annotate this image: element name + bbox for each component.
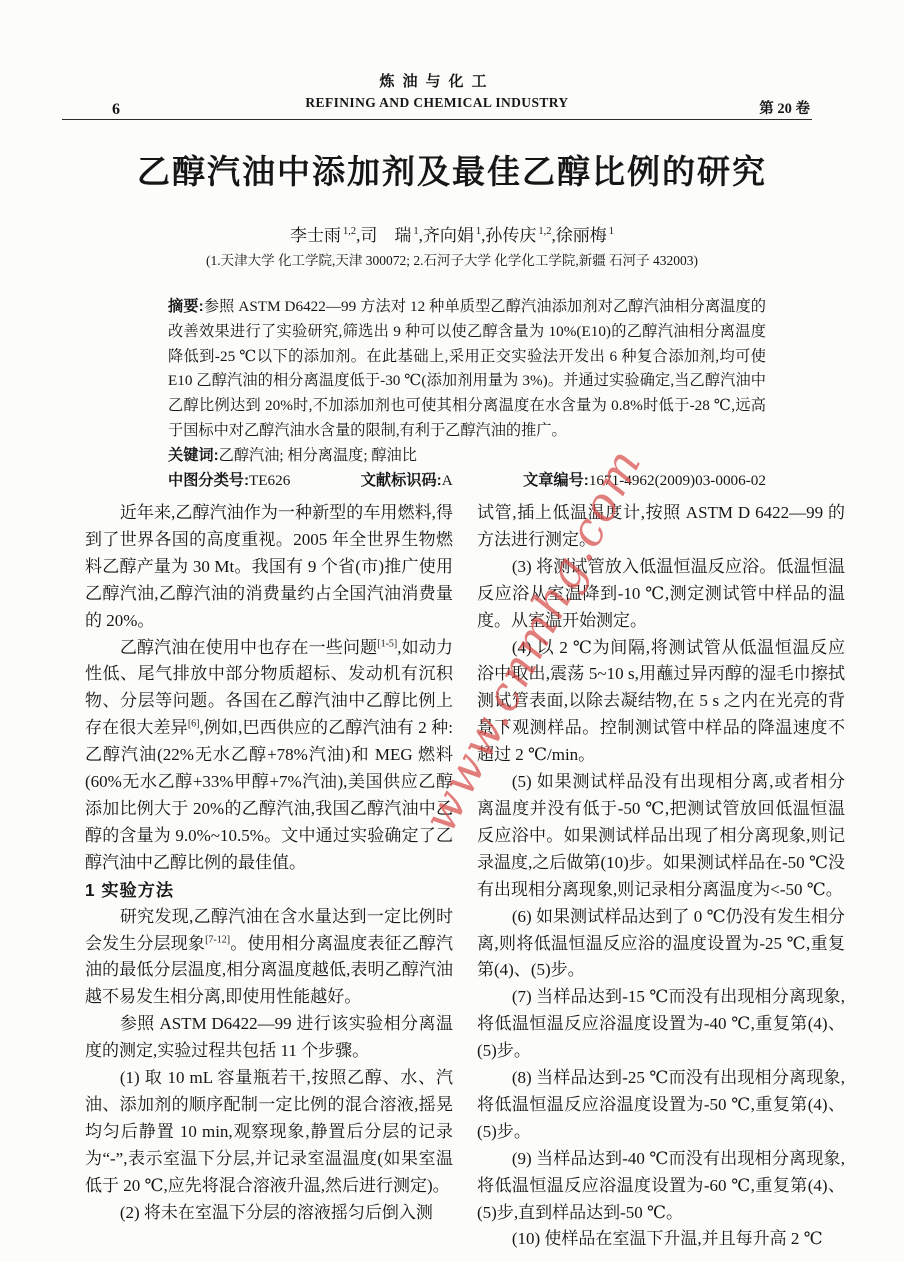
body-paragraph: 参照 ASTM D6422—99 进行该实验相分离温度的测定,实验过程共包括 1…: [85, 1011, 453, 1065]
author-name: 孙传庆: [485, 226, 536, 245]
body-paragraph: (1) 取 10 mL 容量瓶若干,按照乙醇、水、汽油、添加剂的顺序配制一定比例…: [85, 1065, 453, 1200]
author-name: 齐向娟: [423, 226, 474, 245]
classification-line: 中图分类号:TE626 文献标识码:A 文章编号:1671-4962(2009)…: [168, 469, 766, 494]
clc-item: 中图分类号:TE626: [168, 469, 290, 494]
article-no-label: 文章编号:: [523, 472, 589, 489]
body-paragraph: (5) 如果测试样品没有出现相分离,或者相分离温度并没有低于-50 ℃,把测试管…: [477, 769, 845, 904]
body-paragraph: (3) 将测试管放入低温恒温反应浴。低温恒温反应浴从室温降到-10 ℃,测定测试…: [477, 554, 845, 635]
journal-title-cn: 炼油与化工: [62, 70, 812, 91]
keywords-text: 乙醇汽油; 相分离温度; 醇油比: [219, 447, 417, 464]
article-title: 乙醇汽油中添加剂及最佳乙醇比例的研究: [0, 146, 904, 193]
authors-line: 李士雨1,2,司 瑞1,齐向娟1,孙传庆1,2,徐丽梅1: [0, 221, 904, 246]
citation-superscript: [1-5]: [377, 638, 397, 649]
doc-code-item: 文献标识码:A: [361, 469, 453, 494]
body-paragraph: (10) 使样品在室温下升温,并且每升高 2 ℃: [477, 1226, 845, 1253]
page-number: 6: [112, 101, 120, 119]
journal-title-en: REFINING AND CHEMICAL INDUSTRY: [62, 95, 812, 111]
doc-code-label: 文献标识码:: [361, 472, 442, 489]
running-header: 6 炼油与化工 REFINING AND CHEMICAL INDUSTRY 第…: [62, 70, 812, 118]
body-paragraph: (9) 当样品达到-40 ℃而没有出现相分离现象,将低温恒温反应浴温度设置为-6…: [477, 1146, 845, 1227]
body-paragraph: (7) 当样品达到-15 ℃而没有出现相分离现象,将低温恒温反应浴温度设置为-4…: [477, 984, 845, 1065]
section-heading: 1 实验方法: [85, 877, 453, 904]
article-no-value: 1671-4962(2009)03-0006-02: [589, 472, 766, 489]
body-paragraph: (8) 当样品达到-25 ℃而没有出现相分离现象,将低温恒温反应浴温度设置为-5…: [477, 1065, 845, 1146]
author-name: 司 瑞: [360, 226, 411, 245]
right-column: 试管,插上低温温度计,按照 ASTM D 6422—99 的方法进行测定。(3)…: [477, 500, 845, 1253]
keywords-line: 关键词:乙醇汽油; 相分离温度; 醇油比: [168, 444, 766, 469]
journal-page: 6 炼油与化工 REFINING AND CHEMICAL INDUSTRY 第…: [0, 0, 904, 1262]
body-paragraph: (6) 如果测试样品达到了 0 ℃仍没有发生相分离,则将低温恒温反应浴的温度设置…: [477, 904, 845, 985]
clc-label: 中图分类号:: [168, 472, 249, 489]
abstract-paragraph: 摘要:参照 ASTM D6422—99 方法对 12 种单质型乙醇汽油添加剂对乙…: [168, 295, 766, 444]
header-rule: [62, 119, 812, 120]
article-no-item: 文章编号:1671-4962(2009)03-0006-02: [523, 469, 766, 494]
body-paragraph: (2) 将未在室温下分层的溶液摇匀后倒入测: [85, 1200, 453, 1227]
citation-superscript: [7-12]: [205, 934, 230, 945]
author-affiliation-sup: 1,2: [343, 226, 356, 237]
abstract-label: 摘要:: [168, 298, 204, 315]
author-name: 李士雨: [290, 226, 341, 245]
clc-value: TE626: [249, 472, 290, 489]
left-column: 近年来,乙醇汽油作为一种新型的车用燃料,得到了世界各国的高度重视。2005 年全…: [85, 500, 453, 1253]
citation-superscript: [6]: [188, 719, 200, 730]
author-affiliation-sup: 1,2: [538, 226, 551, 237]
author-affiliation-sup: 1: [609, 226, 614, 237]
body-paragraph: 研究发现,乙醇汽油在含水量达到一定比例时会发生分层现象[7-12]。使用相分离温…: [85, 904, 453, 1012]
keywords-label: 关键词:: [168, 447, 219, 464]
author-affiliation-sup: 1: [476, 226, 481, 237]
author-affiliation-sup: 1: [413, 226, 418, 237]
body-paragraph: 近年来,乙醇汽油作为一种新型的车用燃料,得到了世界各国的高度重视。2005 年全…: [85, 500, 453, 635]
doc-code-value: A: [442, 472, 453, 489]
author-name: 徐丽梅: [556, 226, 607, 245]
body-paragraph: 乙醇汽油在使用中也存在一些问题[1-5],如动力性低、尾气排放中部分物质超标、发…: [85, 635, 453, 877]
body-columns: 近年来,乙醇汽油作为一种新型的车用燃料,得到了世界各国的高度重视。2005 年全…: [85, 500, 845, 1253]
body-paragraph: (4) 以 2 ℃为间隔,将测试管从低温恒温反应浴中取出,震荡 5~10 s,用…: [477, 635, 845, 770]
body-paragraph: 试管,插上低温温度计,按照 ASTM D 6422—99 的方法进行测定。: [477, 500, 845, 554]
abstract-text: 参照 ASTM D6422—99 方法对 12 种单质型乙醇汽油添加剂对乙醇汽油…: [168, 298, 766, 439]
volume-number: 第 20 卷: [759, 97, 810, 118]
affiliation-line: (1.天津大学 化工学院,天津 300072; 2.石河子大学 化学化工学院,新…: [0, 249, 904, 269]
abstract-block: 摘要:参照 ASTM D6422—99 方法对 12 种单质型乙醇汽油添加剂对乙…: [168, 295, 766, 493]
